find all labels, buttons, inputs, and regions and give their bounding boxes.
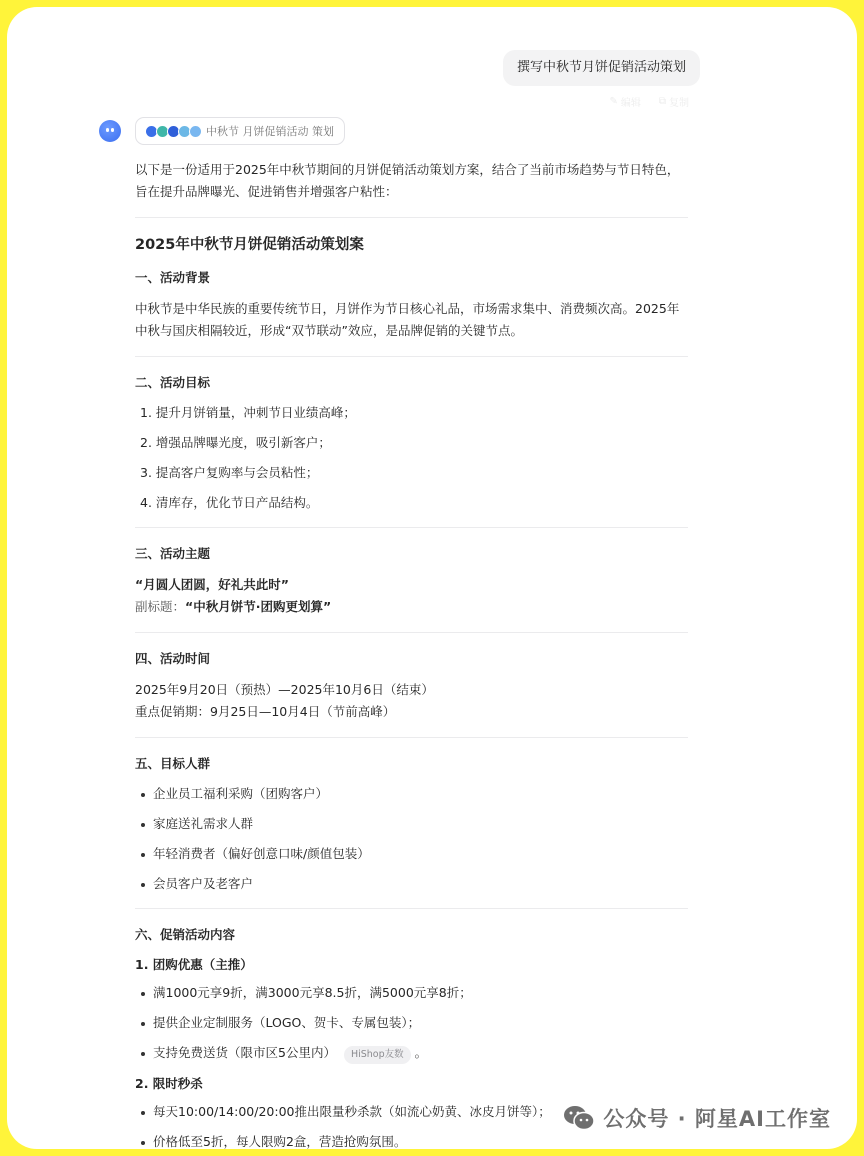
citation-tag[interactable]: HiShop友数 <box>344 1046 411 1064</box>
divider <box>135 632 688 633</box>
avatar-eye-icon <box>106 128 109 132</box>
audience-item: 会员客户及老客户 <box>135 874 688 894</box>
group-buy-item: 提供企业定制服务（LOGO、贺卡、专属包装）； <box>135 1013 688 1033</box>
divider <box>135 737 688 738</box>
goal-item: 4. 清库存，优化节日产品结构。 <box>135 493 688 513</box>
time-line: 重点促销期：9月25日—10月4日（节前高峰） <box>135 701 688 723</box>
time-line: 2025年9月20日（预热）—2025年10月6日（结束） <box>135 679 688 701</box>
subtitle-label: 副标题： <box>135 599 185 614</box>
theme-main: “月圆人团圆，好礼共此时” <box>135 574 688 596</box>
section-heading-goals: 二、活动目标 <box>135 373 688 393</box>
audience-item: 家庭送礼需求人群 <box>135 814 688 834</box>
sentence-end: 。 <box>415 1045 428 1060</box>
document-title: 2025年中秋节月饼促销活动策划案 <box>135 234 688 256</box>
group-buy-item-text: 支持免费送货（限市区5公里内） <box>153 1045 336 1060</box>
background-line: 中秋节是中华民族的重要传统节日，月饼作为节日核心礼品，市场需求集中、消费频次高。… <box>135 298 688 320</box>
subtitle-value: “中秋月饼节·团购更划算” <box>185 599 331 614</box>
edit-icon: ✎ <box>609 96 617 107</box>
user-message: 撰写中秋节月饼促销活动策划 <box>503 50 700 86</box>
section-heading-theme: 三、活动主题 <box>135 544 688 564</box>
chat-window: 撰写中秋节月饼促销活动策划 ✎ 编辑 ⧉ 复制 中秋节 月饼促销活动 策划 以下… <box>7 7 857 1149</box>
edit-button[interactable]: ✎ 编辑 <box>609 94 640 109</box>
audience-item: 企业员工福利采购（团购客户） <box>135 784 688 804</box>
watermark: 公众号 · 阿星AI工作室 <box>559 1101 835 1135</box>
background-line: 中秋与国庆相隔较近，形成“双节联动”效应，是品牌促销的关键节点。 <box>135 320 688 342</box>
avatar-eye-icon <box>111 128 114 132</box>
goal-item: 1. 提升月饼销量，冲刺节日业绩高峰； <box>135 403 688 423</box>
watermark-text: 公众号 · 阿星AI工作室 <box>603 1103 831 1133</box>
theme-subtitle: 副标题：“中秋月饼节·团购更划算” <box>135 596 688 618</box>
copy-button[interactable]: ⧉ 复制 <box>659 94 689 109</box>
divider <box>135 217 688 218</box>
search-sources-chip[interactable]: 中秋节 月饼促销活动 策划 <box>135 117 345 145</box>
section-heading-audience: 五、目标人群 <box>135 754 688 774</box>
subheading-group-buy: 1. 团购优惠（主推） <box>135 955 688 975</box>
subheading-flash-sale: 2. 限时秒杀 <box>135 1074 688 1094</box>
intro-line: 旨在提升品牌曝光、促进销售并增强客户粘性： <box>135 181 688 203</box>
assistant-response: 以下是一份适用于2025年中秋节期间的月饼促销活动策划方案，结合了当前市场趋势与… <box>135 159 688 1149</box>
user-message-actions: ✎ 编辑 ⧉ 复制 <box>609 94 689 109</box>
divider <box>135 908 688 909</box>
divider <box>135 356 688 357</box>
wechat-icon <box>563 1105 595 1131</box>
source-icon <box>189 125 202 138</box>
assistant-avatar <box>99 120 121 142</box>
section-heading-background: 一、活动背景 <box>135 268 688 288</box>
search-query-label: 中秋节 月饼促销活动 策划 <box>206 123 334 139</box>
divider <box>135 527 688 528</box>
user-message-bubble: 撰写中秋节月饼促销活动策划 <box>503 50 700 86</box>
copy-icon: ⧉ <box>659 96 666 107</box>
goal-item: 3. 提高客户复购率与会员粘性； <box>135 463 688 483</box>
intro-line: 以下是一份适用于2025年中秋节期间的月饼促销活动策划方案，结合了当前市场趋势与… <box>135 159 688 181</box>
source-favicons <box>145 125 200 138</box>
audience-item: 年轻消费者（偏好创意口味/颜值包装） <box>135 844 688 864</box>
group-buy-item: 满1000元享9折，满3000元享8.5折，满5000元享8折； <box>135 983 688 1003</box>
section-heading-promotions: 六、促销活动内容 <box>135 925 688 945</box>
section-heading-time: 四、活动时间 <box>135 649 688 669</box>
goal-item: 2. 增强品牌曝光度，吸引新客户； <box>135 433 688 453</box>
group-buy-item: 支持免费送货（限市区5公里内）HiShop友数。 <box>135 1043 688 1064</box>
